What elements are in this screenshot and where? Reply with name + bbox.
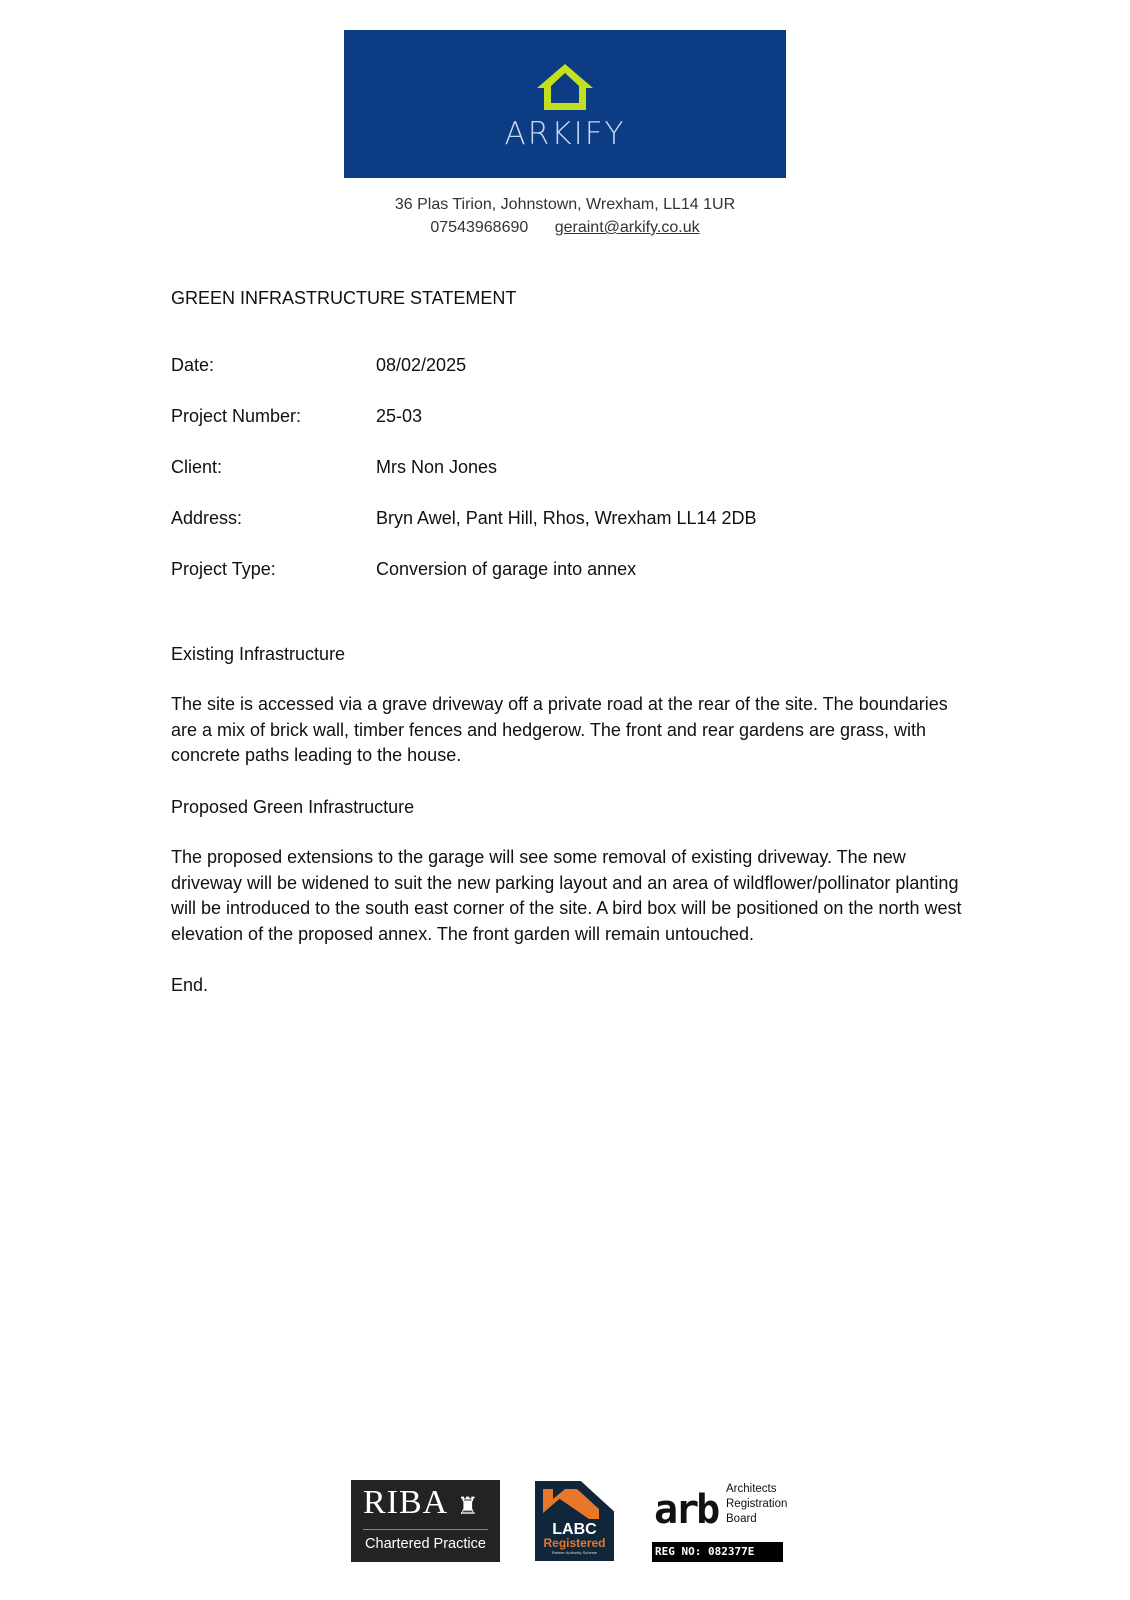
contact-line: 07543968690 geraint@arkify.co.uk <box>0 219 1130 237</box>
brand-name: ARKIFY <box>344 116 786 152</box>
field-label: Date: <box>171 355 214 376</box>
labc-subtitle: Partner Authority Scheme <box>535 1550 614 1555</box>
section-heading-existing: Existing Infrastructure <box>171 644 345 665</box>
field-label: Project Number: <box>171 406 301 427</box>
riba-name: RIBA <box>363 1484 448 1522</box>
labc-status: Registered <box>535 1536 614 1550</box>
field-value: 25-03 <box>376 406 422 427</box>
house-icon <box>535 62 595 112</box>
field-value: Mrs Non Jones <box>376 457 497 478</box>
field-value: Conversion of garage into annex <box>376 559 636 580</box>
arb-name-line: Architects <box>726 1482 787 1497</box>
arb-name-line: Registration <box>726 1497 787 1512</box>
field-label: Address: <box>171 508 242 529</box>
labc-roof-icon <box>543 1489 599 1519</box>
section-heading-proposed: Proposed Green Infrastructure <box>171 797 414 818</box>
brand-banner: ARKIFY <box>344 30 786 178</box>
riba-logo: RIBA ♜ Chartered Practice <box>351 1480 500 1562</box>
field-value: Bryn Awel, Pant Hill, Rhos, Wrexham LL14… <box>376 508 757 529</box>
riba-beasts-icon: ♜ <box>457 1492 479 1521</box>
document-title: GREEN INFRASTRUCTURE STATEMENT <box>171 288 516 309</box>
arb-logo: arb Architects Registration Board REG NO… <box>652 1480 783 1562</box>
phone-number: 07543968690 <box>430 219 528 236</box>
riba-subtitle: Chartered Practice <box>351 1536 500 1552</box>
arb-name: Architects Registration Board <box>726 1482 787 1527</box>
arb-reg-number: REG NO: 082377E <box>652 1542 783 1562</box>
email-link[interactable]: geraint@arkify.co.uk <box>555 219 700 236</box>
arb-name-line: Board <box>726 1512 787 1527</box>
section-body-proposed: The proposed extensions to the garage wi… <box>171 845 971 947</box>
arb-mark: arb <box>654 1488 717 1532</box>
riba-divider <box>363 1529 488 1530</box>
company-address: 36 Plas Tirion, Johnstown, Wrexham, LL14… <box>0 196 1130 214</box>
field-value: 08/02/2025 <box>376 355 466 376</box>
labc-logo: LABC Registered Partner Authority Scheme <box>535 1481 614 1561</box>
closing-text: End. <box>171 975 208 996</box>
field-label: Project Type: <box>171 559 276 580</box>
section-body-existing: The site is accessed via a grave drivewa… <box>171 692 971 769</box>
field-label: Client: <box>171 457 222 478</box>
